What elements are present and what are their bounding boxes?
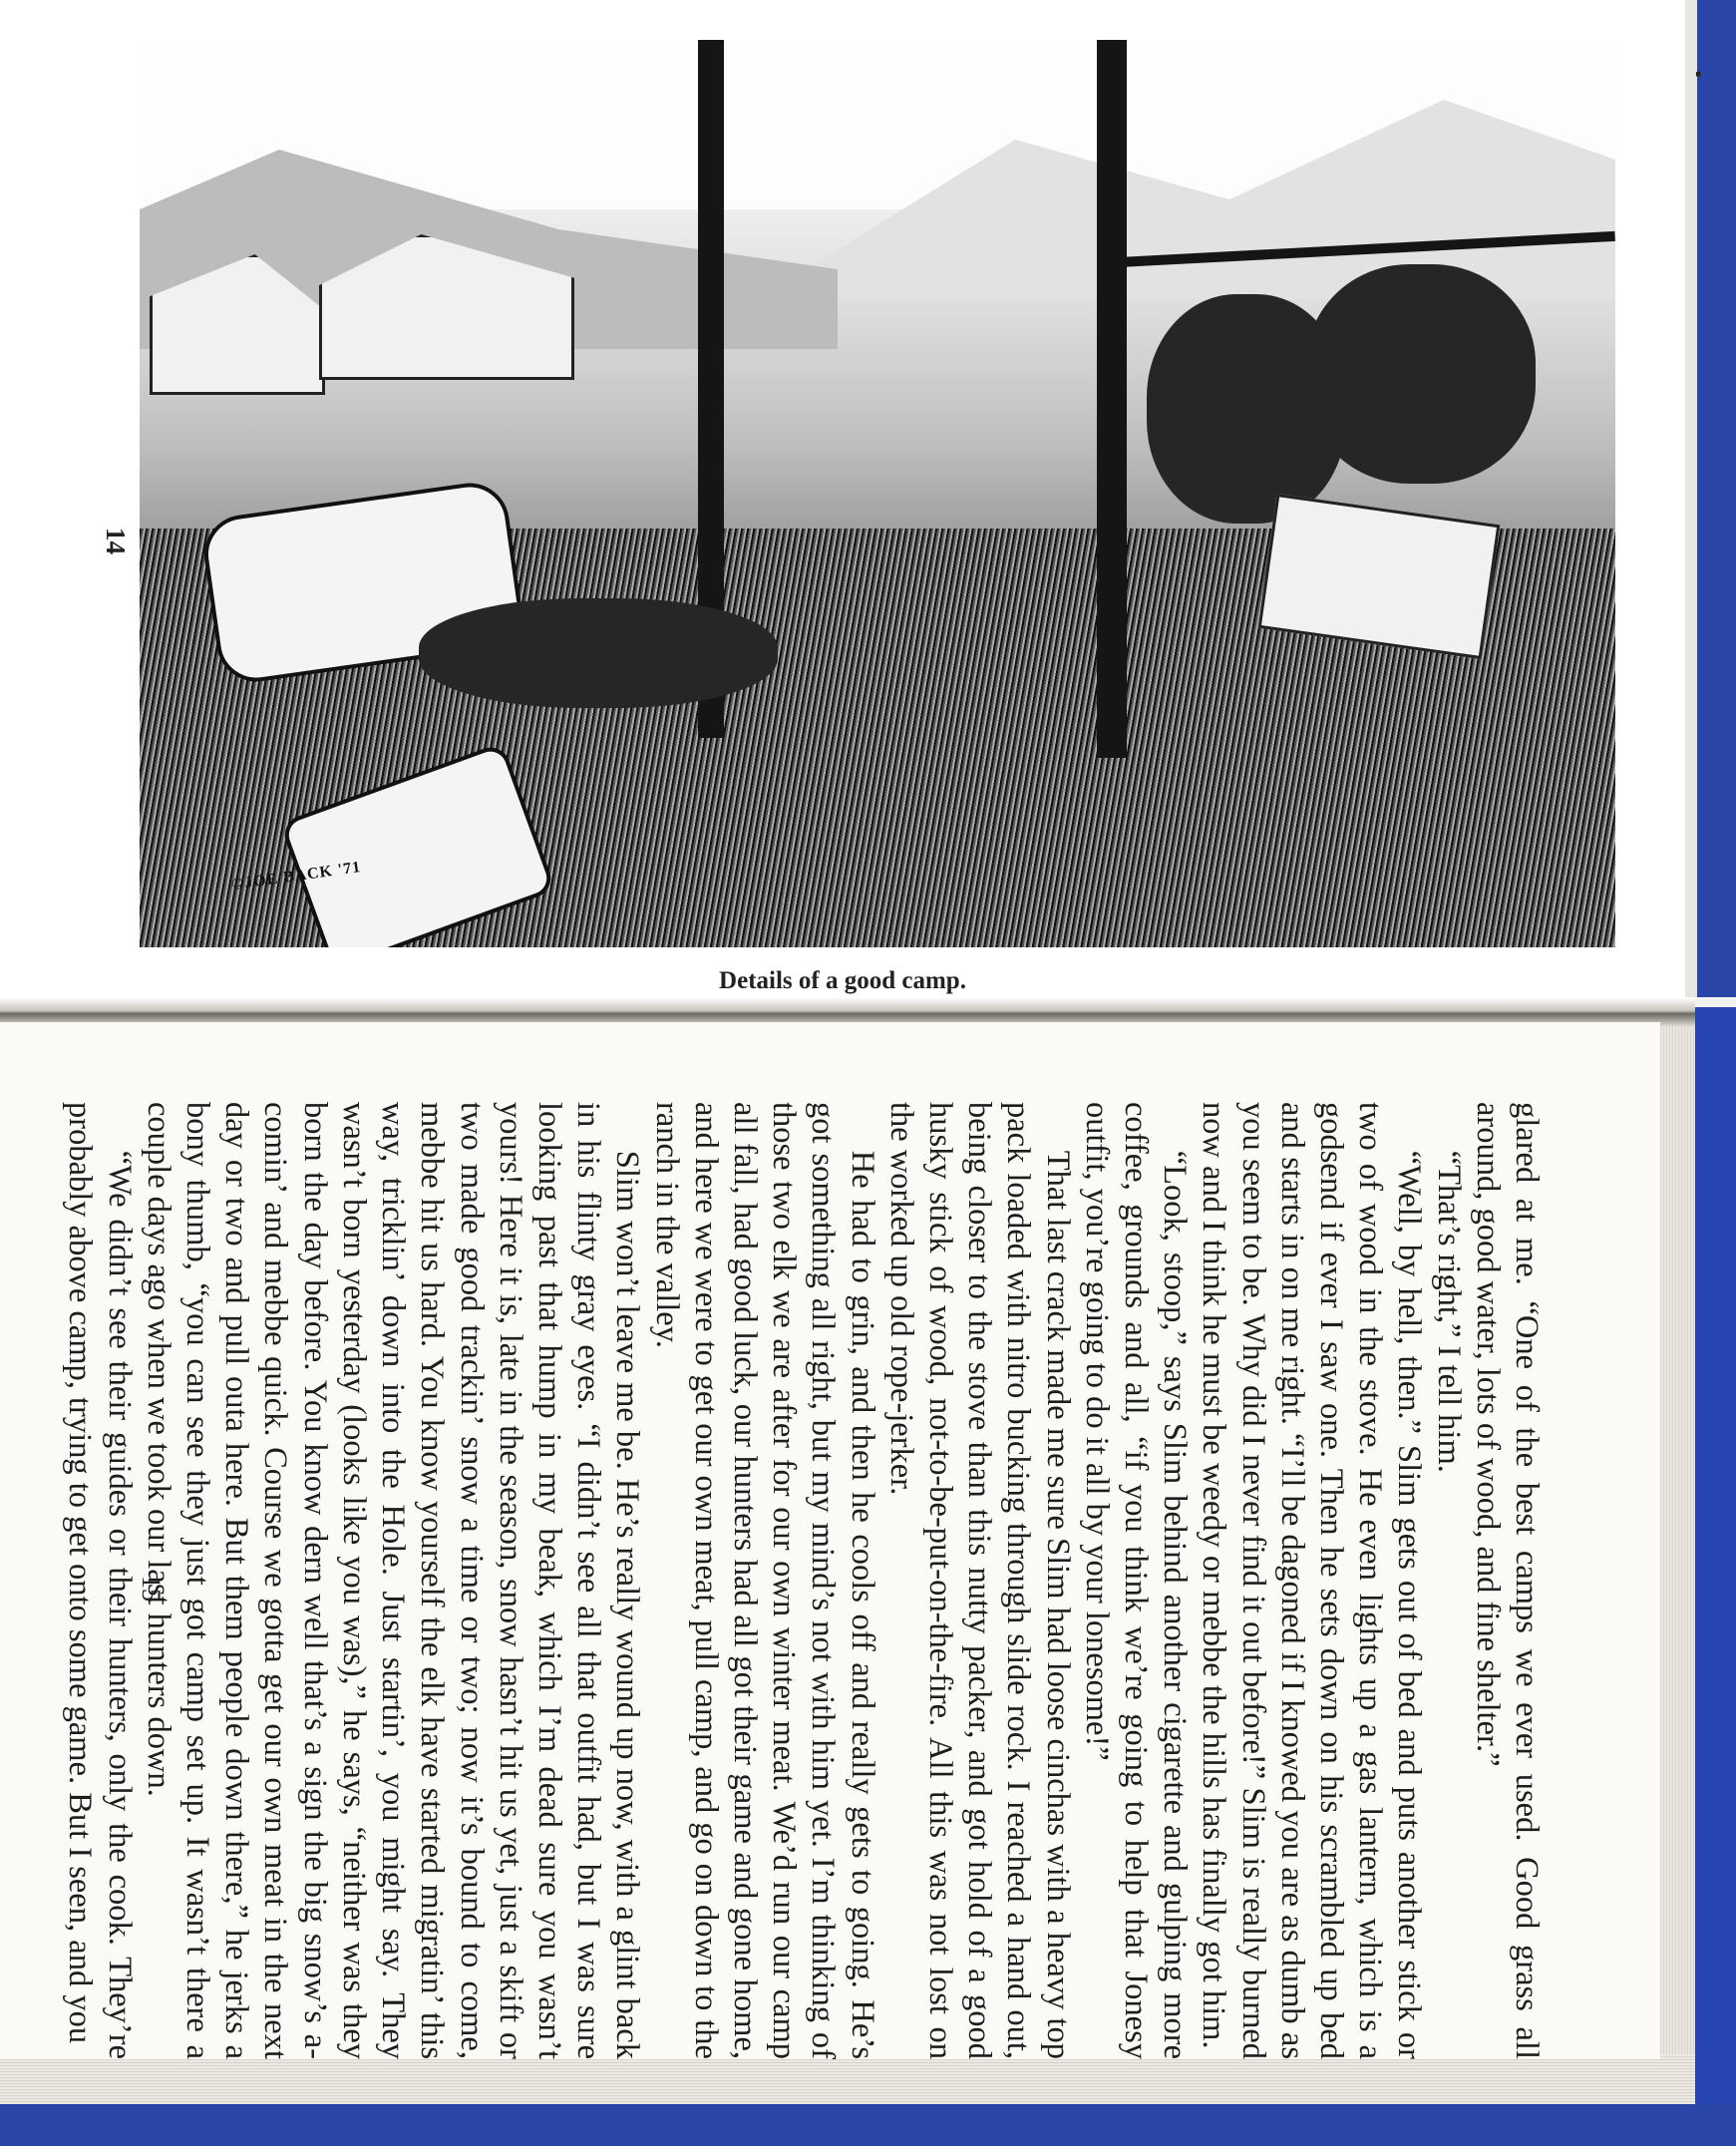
paragraph: glared at me. “One of the best camps we … [1468,1102,1546,2059]
book-cover-strip [0,2104,1736,2146]
illustration-tree [1097,40,1127,758]
spine-mark: ▪ [1695,64,1701,85]
paragraph: “That’s right,” I tell him. [1428,1102,1467,2059]
body-text: glared at me. “One of the best camps we … [60,1102,1546,2059]
paragraph: Slim won’t leave me be. He’s really woun… [139,1102,647,2059]
camp-illustration [140,40,1615,947]
paragraph: “We didn’t see their guides or their hun… [60,1102,138,2059]
illustration-hanging-saddle [1306,264,1536,484]
page-stack-edge-bottom [0,2054,1695,2109]
left-page: ©JOE BACK '71 Details of a good camp. 14 [0,0,1685,1002]
paragraph: “Well, by hell, then.” Slim gets out of … [1194,1102,1428,2059]
paragraph: That last crack made me sure Slim had lo… [881,1102,1077,2059]
illustration-pack-saddles [419,598,778,708]
page-edge-top [1683,0,1697,997]
illustration-caption: Details of a good camp. [0,967,1685,995]
paragraph: “Look, stoop,” says Slim behind another … [1077,1102,1195,2059]
page-stack-edge [1655,1027,1695,2124]
page-number-left: 14 [100,528,131,554]
page-number-right: 15 [136,1576,166,1602]
paragraph: He had to grin, and then he cools off an… [646,1102,880,2059]
book-cover-top-edge [1695,0,1736,997]
